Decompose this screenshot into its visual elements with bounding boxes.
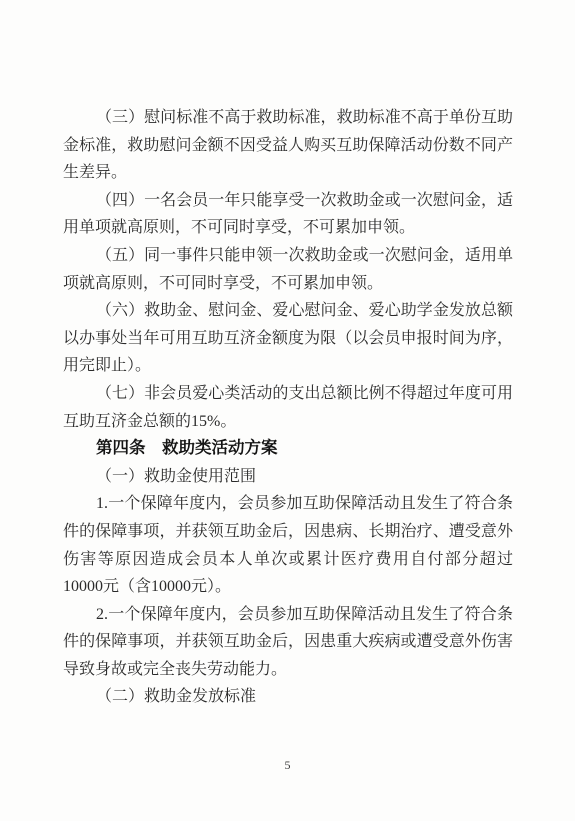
- paragraph: （三）慰问标准不高于救助标准，救助标准不高于单份互助金标准，救助慰问金额不因受益…: [63, 104, 513, 187]
- text-line: 1.一个保障年度内，会员参加互助保障活动且发生了符合条: [63, 490, 513, 518]
- paragraph: （七）非会员爱心类活动的支出总额比例不得超过年度可用互助互济金总额的15%。: [63, 380, 513, 435]
- text-line: （五）同一事件只能申领一次救助金或一次慰问金，适用单: [63, 242, 513, 270]
- text-line: （三）慰问标准不高于救助标准，救助标准不高于单份互助: [63, 104, 513, 132]
- text-line: （二）救助金发放标准: [63, 683, 513, 711]
- text-line: 2.一个保障年度内，会员参加互助保障活动且发生了符合条: [63, 601, 513, 629]
- text-line: 件的保障事项，并获领互助金后，因患病、长期治疗、遭受意外: [63, 518, 513, 546]
- text-line: （六）救助金、慰问金、爱心慰问金、爱心助学金发放总额: [63, 297, 513, 325]
- text-line: 互助互济金总额的15%。: [63, 408, 513, 436]
- text-line: （四）一名会员一年只能享受一次救助金或一次慰问金，适: [63, 187, 513, 215]
- section-heading: 第四条 救助类活动方案: [63, 435, 513, 463]
- text-line: 生差异。: [63, 159, 513, 187]
- text-line: 10000元（含10000元）。: [63, 573, 513, 601]
- paragraph: 2.一个保障年度内，会员参加互助保障活动且发生了符合条件的保障事项，并获领互助金…: [63, 601, 513, 684]
- text-line: 第四条 救助类活动方案: [63, 435, 513, 463]
- paragraph: （六）救助金、慰问金、爱心慰问金、爱心助学金发放总额以办事处当年可用互助互济金额…: [63, 297, 513, 380]
- text-line: 伤害等原因造成会员本人单次或累计医疗费用自付部分超过: [63, 546, 513, 574]
- paragraph: （一）救助金使用范围: [63, 463, 513, 491]
- text-line: 用单项就高原则，不可同时享受，不可累加申领。: [63, 214, 513, 242]
- paragraph: （五）同一事件只能申领一次救助金或一次慰问金，适用单项就高原则，不可同时享受，不…: [63, 242, 513, 297]
- page-number: 5: [0, 758, 575, 773]
- paragraph: （四）一名会员一年只能享受一次救助金或一次慰问金，适用单项就高原则，不可同时享受…: [63, 187, 513, 242]
- document-page: （三）慰问标准不高于救助标准，救助标准不高于单份互助金标准，救助慰问金额不因受益…: [0, 0, 575, 821]
- text-line: 金标准，救助慰问金额不因受益人购买互助保障活动份数不同产: [63, 132, 513, 160]
- text-line: （一）救助金使用范围: [63, 463, 513, 491]
- text-line: 用完即止）。: [63, 352, 513, 380]
- text-line: （七）非会员爱心类活动的支出总额比例不得超过年度可用: [63, 380, 513, 408]
- text-line: 项就高原则，不可同时享受，不可累加申领。: [63, 270, 513, 298]
- paragraph: 1.一个保障年度内，会员参加互助保障活动且发生了符合条件的保障事项，并获领互助金…: [63, 490, 513, 600]
- text-line: 件的保障事项，并获领互助金后，因患重大疾病或遭受意外伤害: [63, 628, 513, 656]
- document-body: （三）慰问标准不高于救助标准，救助标准不高于单份互助金标准，救助慰问金额不因受益…: [63, 104, 513, 711]
- text-line: 导致身故或完全丧失劳动能力。: [63, 656, 513, 684]
- text-line: 以办事处当年可用互助互济金额度为限（以会员申报时间为序，: [63, 325, 513, 353]
- paragraph: （二）救助金发放标准: [63, 683, 513, 711]
